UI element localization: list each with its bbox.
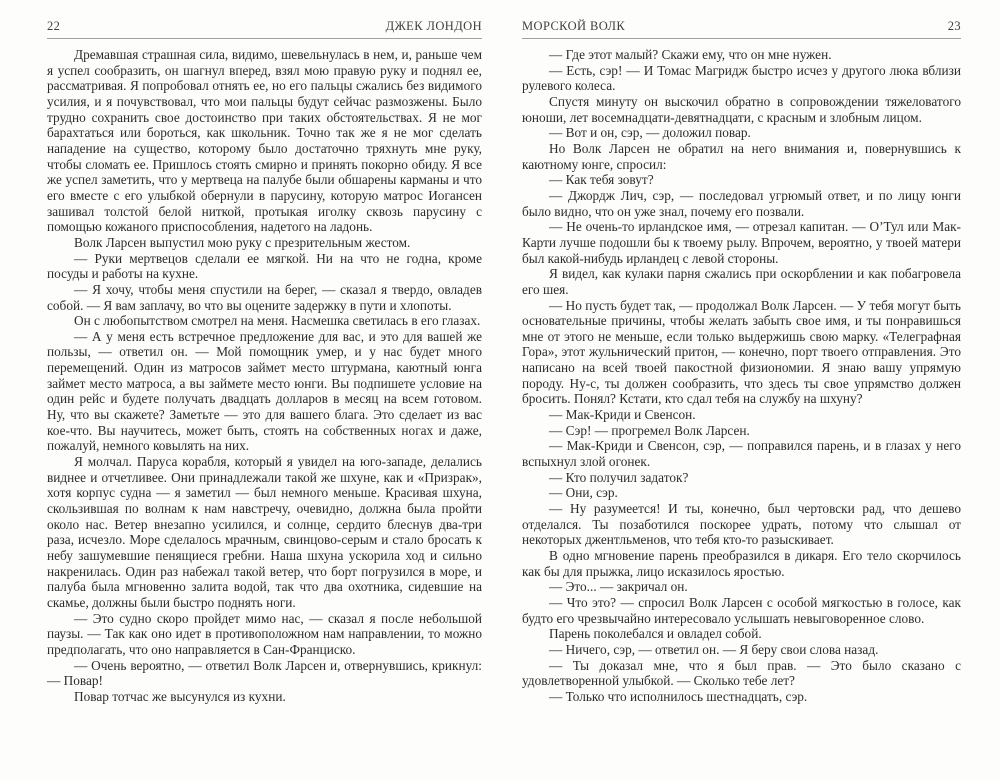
running-head-title: МОРСКОЙ ВОЛК	[522, 19, 625, 34]
paragraph: — Но пусть будет так, — продолжал Волк Л…	[522, 298, 961, 408]
running-header-left: 22 ДЖЕК ЛОНДОН	[47, 19, 482, 39]
paragraph: — Сэр! — прогремел Волк Ларсен.	[522, 423, 961, 439]
paragraph: Я видел, как кулаки парня сжались при ос…	[522, 266, 961, 297]
paragraph: Волк Ларсен выпустил мою руку с презрите…	[47, 235, 482, 251]
paragraph: — Ну разумеется! И ты, конечно, был черт…	[522, 501, 961, 548]
running-head-author: ДЖЕК ЛОНДОН	[386, 19, 482, 34]
paragraph: — Что это? — спросил Волк Ларсен с особо…	[522, 595, 961, 626]
page-right: МОРСКОЙ ВОЛК 23 — Где этот малый? Скажи …	[522, 19, 961, 705]
paragraph: — Ты доказал мне, что я был прав. — Это …	[522, 658, 961, 689]
page-number-left: 22	[47, 19, 60, 34]
paragraph: Парень поколебался и овладел собой.	[522, 626, 961, 642]
page-left: 22 ДЖЕК ЛОНДОН Дремавшая страшная сила, …	[47, 19, 482, 705]
paragraph: — Я хочу, чтобы меня спустили на берег, …	[47, 282, 482, 313]
paragraph: — Ничего, сэр, — ответил он. — Я беру св…	[522, 642, 961, 658]
paragraph: В одно мгновение парень преобразился в д…	[522, 548, 961, 579]
paragraph: — Как тебя зовут?	[522, 172, 961, 188]
paragraph: — Где этот малый? Скажи ему, что он мне …	[522, 47, 961, 63]
paragraph: — Это судно скоро пройдет мимо нас, — ск…	[47, 611, 482, 658]
paragraph: Спустя минуту он выскочил обратно в сопр…	[522, 94, 961, 125]
paragraph: — Есть, сэр! — И Томас Магридж быстро ис…	[522, 63, 961, 94]
paragraph: — Вот и он, сэр, — доложил повар.	[522, 125, 961, 141]
paragraph: — Это... — закричал он.	[522, 579, 961, 595]
paragraph: — Очень вероятно, — ответил Волк Ларсен …	[47, 658, 482, 689]
paragraph: — Кто получил задаток?	[522, 470, 961, 486]
paragraph: — Они, сэр.	[522, 485, 961, 501]
paragraph: — Руки мертвецов сделали ее мягкой. Ни н…	[47, 251, 482, 282]
paragraph: — Мак-Криди и Свенсон, сэр, — поправился…	[522, 438, 961, 469]
paragraph: Он с любопытством смотрел на меня. Насме…	[47, 313, 482, 329]
paragraph: — Джордж Лич, сэр, — последовал угрюмый …	[522, 188, 961, 219]
page-number-right: 23	[948, 19, 961, 34]
book-spread: 22 ДЖЕК ЛОНДОН Дремавшая страшная сила, …	[0, 0, 1000, 705]
paragraph: — А у меня есть встречное предложение дл…	[47, 329, 482, 454]
paragraph: — Мак-Криди и Свенсон.	[522, 407, 961, 423]
paragraph: Повар тотчас же высунулся из кухни.	[47, 689, 482, 705]
paragraph: Я молчал. Паруса корабля, который я увид…	[47, 454, 482, 611]
page-body-left: Дремавшая страшная сила, видимо, шевельн…	[47, 47, 482, 705]
paragraph: — Не очень-то ирландское имя, — отрезал …	[522, 219, 961, 266]
paragraph: — Только что исполнилось шестнадцать, сэ…	[522, 689, 961, 705]
page-body-right: — Где этот малый? Скажи ему, что он мне …	[522, 47, 961, 705]
paragraph: Но Волк Ларсен не обратил на него вниман…	[522, 141, 961, 172]
running-header-right: МОРСКОЙ ВОЛК 23	[522, 19, 961, 39]
paragraph: Дремавшая страшная сила, видимо, шевельн…	[47, 47, 482, 235]
